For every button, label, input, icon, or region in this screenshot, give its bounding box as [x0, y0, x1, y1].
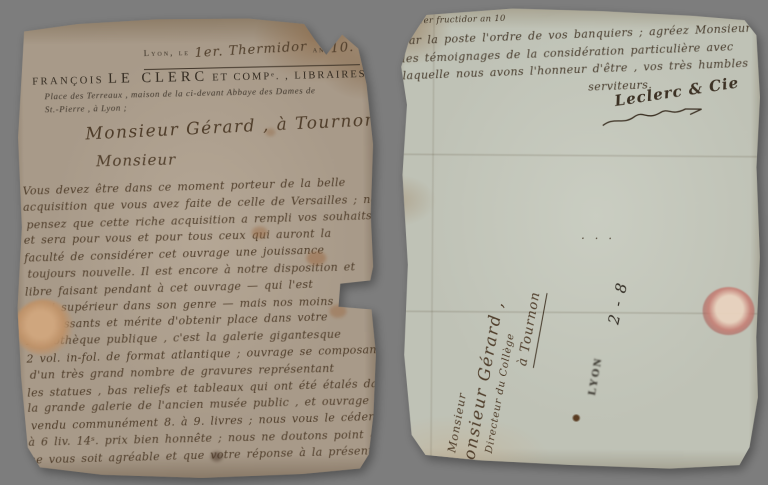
dateline-printed-an: an [313, 44, 326, 54]
dateline-printed-city: Lyon, le [143, 47, 190, 58]
fold-crease [392, 153, 764, 159]
faint-dots: . . . [581, 228, 615, 242]
postal-rate-mark: 2 - 8 [604, 280, 631, 327]
letter-page-recto: Lyon, le 1er. Thermidor an 10. FRANÇOIS … [8, 14, 380, 479]
aged-paper-right: le 1er fructidor an 10 par la poste l'or… [389, 5, 764, 474]
letter-page-verso: le 1er fructidor an 10 par la poste l'or… [389, 5, 764, 474]
aged-paper-left: Lyon, le 1er. Thermidor an 10. FRANÇOIS … [8, 14, 380, 479]
printed-letterhead: FRANÇOIS LE CLERC ET COMPᵉ. , LIBRAIRES,… [32, 64, 363, 115]
dateline-handwritten-date: 1er. Thermidor [195, 39, 309, 60]
letterhead-surname: LE CLERC [108, 69, 208, 87]
postmark-stamp: LYON [586, 356, 605, 396]
addressee-line: Monsieur Gérard , à Tournon . [85, 110, 391, 145]
salutation: Monsieur [96, 150, 177, 170]
red-wax-seal [702, 287, 754, 335]
dateline-handwritten-year: 10. [330, 40, 355, 56]
ink-blot [572, 414, 581, 422]
rotated-address-panel: à Monsieur Monsieur Gérard , Directeur d… [441, 247, 553, 485]
letter-body: Vous devez être dans ce moment porteur d… [23, 175, 377, 468]
left-page-content: Lyon, le 1er. Thermidor an 10. FRANÇOIS … [5, 12, 383, 482]
letterhead-first-name: FRANÇOIS [32, 75, 104, 88]
archival-annotation: le 1er fructidor an 10 [406, 14, 505, 27]
letterhead-company: ET COMPᵉ. , LIBRAIRES, [212, 69, 371, 84]
